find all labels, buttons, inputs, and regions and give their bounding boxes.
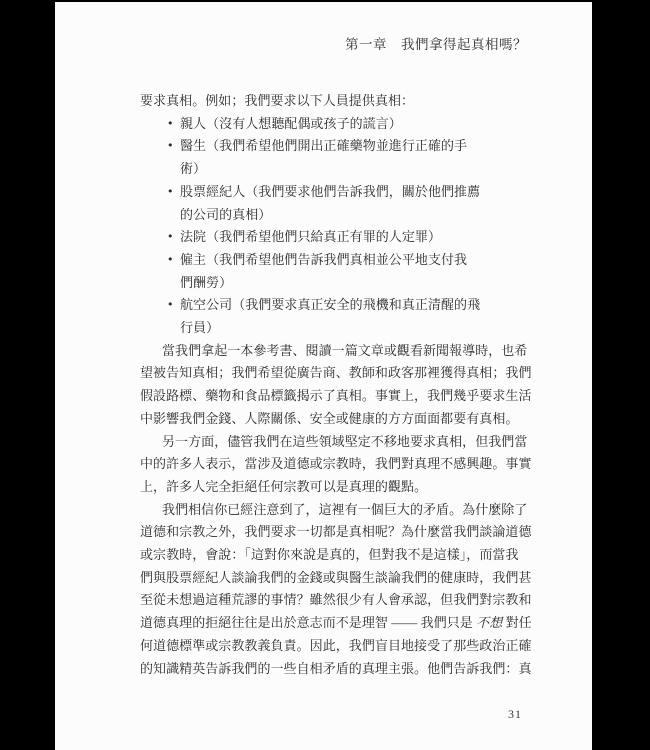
- paragraph-line: 何道德標準或宗教教義負責。因此，我們盲目地接受了那些政治正確: [140, 635, 538, 658]
- bullet-icon: •: [167, 181, 174, 204]
- list-item: •僱主（我們希望他們告訴我們真相並公平地支付我們酬勞）: [140, 249, 538, 294]
- bullet-line: 法院（我們希望他們只給真正有罪的人定罪）: [180, 226, 538, 249]
- paragraph-line: 望被告知真相；我們希望從廣告商、教師和政客那裡獲得真相；我們: [140, 362, 538, 385]
- bullet-line: 們酬勞）: [180, 272, 538, 295]
- bullet-icon: •: [167, 113, 174, 136]
- list-item: •航空公司（我們要求真正安全的飛機和真正清醒的飛行員）: [140, 294, 538, 339]
- running-head: 第一章 我們拿得起真相嗎？: [345, 33, 527, 53]
- bullet-line: 僱主（我們希望他們告訴我們真相並公平地支付我: [180, 249, 538, 272]
- list-item: •醫生（我們希望他們開出正確藥物並進行正確的手術）: [140, 135, 538, 180]
- paragraph-line: 另一方面，儘管我們在這些領域堅定不移地要求真相，但我們當: [140, 431, 538, 454]
- bullet-line: 航空公司（我們要求真正安全的飛機和真正清醒的飛: [180, 294, 538, 317]
- list-item: •法院（我們希望他們只給真正有罪的人定罪）: [140, 226, 538, 249]
- bullet-line: 術）: [180, 158, 538, 181]
- paragraph-line: 或宗教時，會說：「這對你來說是真的，但對我不是這樣」，而當我: [140, 544, 538, 567]
- bullet-icon: •: [167, 294, 174, 317]
- paragraph-line: 上，許多人完全拒絕任何宗教可以是真理的觀點。: [140, 476, 538, 499]
- bullet-line: 行員）: [180, 317, 538, 340]
- bullet-line: 親人（沒有人想聽配偶或孩子的謊言）: [180, 113, 538, 136]
- page-number: 31: [508, 707, 522, 722]
- bullet-line: 的公司的真相）: [180, 204, 538, 227]
- paragraph-line: 至從未想過這種荒謬的事情？雖然很少有人會承認，但我們對宗教和: [140, 589, 538, 612]
- paragraph-line: 道德和宗教之外，我們要求一切都是真相呢？為什麼當我們談論道德: [140, 521, 538, 544]
- list-item: •股票經紀人（我們要求他們告訴我們，關於他們推薦的公司的真相）: [140, 181, 538, 226]
- paragraph-line: 們與股票經紀人談論我們的金錢或與醫生談論我們的健康時，我們甚: [140, 567, 538, 590]
- bullet-line: 股票經紀人（我們要求他們告訴我們，關於他們推薦: [180, 181, 538, 204]
- bullet-line: 醫生（我們希望他們開出正確藥物並進行正確的手: [180, 135, 538, 158]
- body-text: 要求真相。例如；我們要求以下人員提供真相： •親人（沒有人想聽配偶或孩子的謊言）…: [140, 90, 538, 680]
- bullet-icon: •: [167, 249, 174, 272]
- paragraph-line: 中影響我們金錢、人際關係、安全或健康的方方面面都要有真相。: [140, 408, 538, 431]
- paragraph-line: 道德真理的拒絕往往是出於意志而不是理智 —— 我們只是 不想 對任: [140, 612, 538, 635]
- intro-line: 要求真相。例如；我們要求以下人員提供真相：: [140, 90, 538, 113]
- paragraph: 我們相信你已經注意到了，這裡有一個巨大的矛盾。為什麼除了道德和宗教之外，我們要求…: [140, 499, 538, 681]
- paragraph-line: 的知識精英告訴我們的一些自相矛盾的真理主張。他們告訴我們：真: [140, 658, 538, 681]
- list-item: •親人（沒有人想聽配偶或孩子的謊言）: [140, 113, 538, 136]
- scanned-book-page: 第一章 我們拿得起真相嗎？ 要求真相。例如；我們要求以下人員提供真相： •親人（…: [55, 2, 592, 750]
- screenshot-root: { "page": { "running_head": "第一章 我們拿得起真相…: [0, 0, 650, 750]
- bullet-icon: •: [167, 226, 174, 249]
- paragraph: 當我們拿起一本參考書、閱讀一篇文章或觀看新聞報導時，也希望被告知真相；我們希望從…: [140, 340, 538, 431]
- paragraph: 另一方面，儘管我們在這些領域堅定不移地要求真相，但我們當中的許多人表示，當涉及道…: [140, 431, 538, 499]
- paragraph-line: 當我們拿起一本參考書、閱讀一篇文章或觀看新聞報導時，也希: [140, 340, 538, 363]
- paragraph-line: 假設路標、藥物和食品標籤揭示了真相。事實上，我們幾乎要求生活: [140, 385, 538, 408]
- bullet-list: •親人（沒有人想聽配偶或孩子的謊言）•醫生（我們希望他們開出正確藥物並進行正確的…: [140, 113, 538, 340]
- bullet-icon: •: [167, 135, 174, 158]
- paragraph-line: 中的許多人表示，當涉及道德或宗教時，我們對真理不感興趣。事實: [140, 453, 538, 476]
- paragraphs: 當我們拿起一本參考書、閱讀一篇文章或觀看新聞報導時，也希望被告知真相；我們希望從…: [140, 340, 538, 681]
- paragraph-line: 我們相信你已經注意到了，這裡有一個巨大的矛盾。為什麼除了: [140, 499, 538, 522]
